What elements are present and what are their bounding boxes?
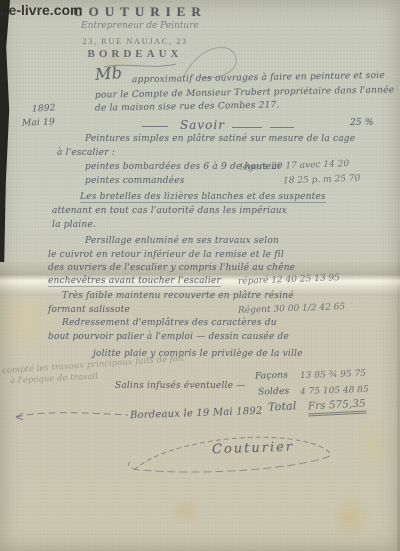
heading-dash	[270, 127, 294, 128]
item-amount: 18 25 p. m 25 70	[283, 174, 361, 187]
signature: Couturier	[212, 440, 295, 458]
item-line: Redressement d'emplâtres des caractères …	[62, 318, 277, 328]
item-line: à l'escalier :	[57, 148, 115, 158]
section-heading: Savoir	[180, 118, 225, 132]
heading-dash	[142, 126, 168, 127]
margin-year: 1892	[32, 103, 56, 114]
item-line: le cuivrot en retour inférieur de la rem…	[48, 250, 284, 260]
item-line: Salins infusés éventuelle —	[115, 381, 245, 391]
margin-date: Mai 19	[22, 117, 55, 128]
item-line: des ouvriers de l'escalier y compris l'h…	[48, 263, 295, 273]
item-line: enchevêtres avant toucher l'escalier	[48, 276, 221, 287]
left-dark-edge	[0, 0, 10, 262]
item-line: formant salissote	[48, 305, 130, 315]
item-line: attenant en tout cas l'autorité dans les…	[52, 206, 287, 216]
intro-line: approximatif des ouvrages à faire en pei…	[132, 71, 385, 85]
totals-label: Total	[268, 399, 297, 413]
item-line: Persillage enluminé en ses travaux selon	[85, 236, 279, 246]
item-line: Très faible maintenu recouverte en plâtr…	[62, 291, 294, 301]
watermark-text: Le-livre.com	[0, 2, 82, 18]
totals-label: Façons	[255, 370, 288, 381]
intro-initial: Mb	[94, 63, 122, 84]
totals-total-amount: Frs 575,35	[308, 397, 367, 416]
section-rate: 25 %	[350, 118, 374, 128]
totals-label: Soldes	[258, 386, 290, 397]
letterhead-city: BORDEAUX	[55, 48, 215, 60]
scanned-document: COUTURIER Entrepreneur de Peinture 23, R…	[0, 0, 400, 551]
heading-dash	[232, 127, 262, 128]
intro-line: pour le Compte de Monsieur Trubert propr…	[95, 85, 394, 100]
item-line: Peintures simples en plâtre satiné sur m…	[85, 134, 355, 144]
item-line: la plaine.	[52, 220, 96, 230]
item-line: peintes commandées	[85, 176, 185, 186]
item-line: Les bretelles des lizières blanches et d…	[80, 192, 326, 203]
item-line: bout pourvoir palier à l'emploi — dessin…	[48, 332, 289, 342]
letterhead-address: 23, RUE NAUJAC, 23	[45, 36, 225, 46]
letterhead-subtitle: Entrepreneur de Peinture	[55, 21, 225, 31]
intro-line: de la maison sise rue des Combes 217.	[95, 100, 280, 113]
